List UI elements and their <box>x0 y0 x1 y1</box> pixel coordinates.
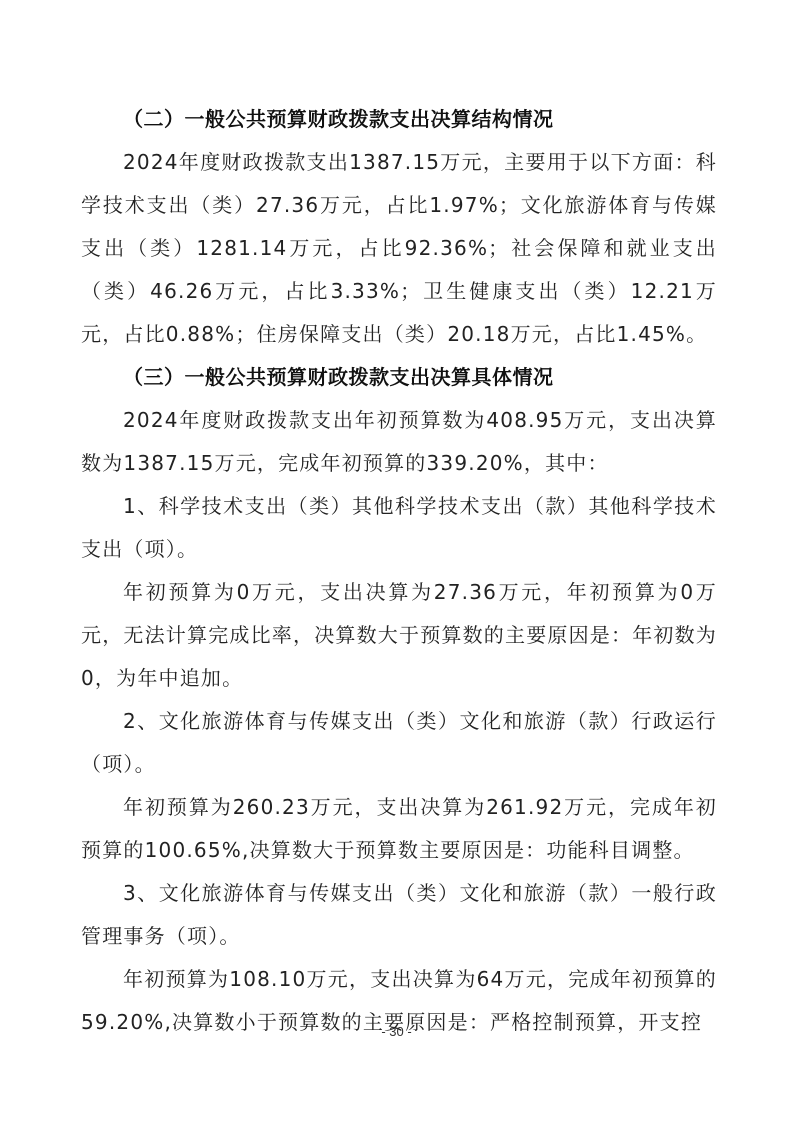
document-page: （二）一般公共预算财政拨款支出决算结构情况 2024年度财政拨款支出1387.1… <box>81 98 717 1044</box>
section-heading-details: （三）一般公共预算财政拨款支出决算具体情况 <box>81 356 717 399</box>
section-heading-structure: （二）一般公共预算财政拨款支出决算结构情况 <box>81 98 717 141</box>
paragraph-item-1-title: 1、科学技术支出（类）其他科学技术支出（款）其他科学技术支出（项）。 <box>81 485 717 571</box>
paragraph-item-3-title: 3、文化旅游体育与传媒支出（类）文化和旅游（款）一般行政管理事务（项）。 <box>81 872 717 958</box>
paragraph-details-summary: 2024年度财政拨款支出年初预算数为408.95万元，支出决算数为1387.15… <box>81 399 717 485</box>
paragraph-item-2-title: 2、文化旅游体育与传媒支出（类）文化和旅游（款）行政运行（项）。 <box>81 700 717 786</box>
paragraph-item-2-body: 年初预算为260.23万元，支出决算为261.92万元，完成年初预算的100.6… <box>81 786 717 872</box>
paragraph-item-1-body: 年初预算为0万元，支出决算为27.36万元，年初预算为0万元，无法计算完成比率，… <box>81 571 717 700</box>
paragraph-structure-summary: 2024年度财政拨款支出1387.15万元，主要用于以下方面：科学技术支出（类）… <box>81 141 717 356</box>
page-number: - 30 - <box>0 1024 793 1039</box>
